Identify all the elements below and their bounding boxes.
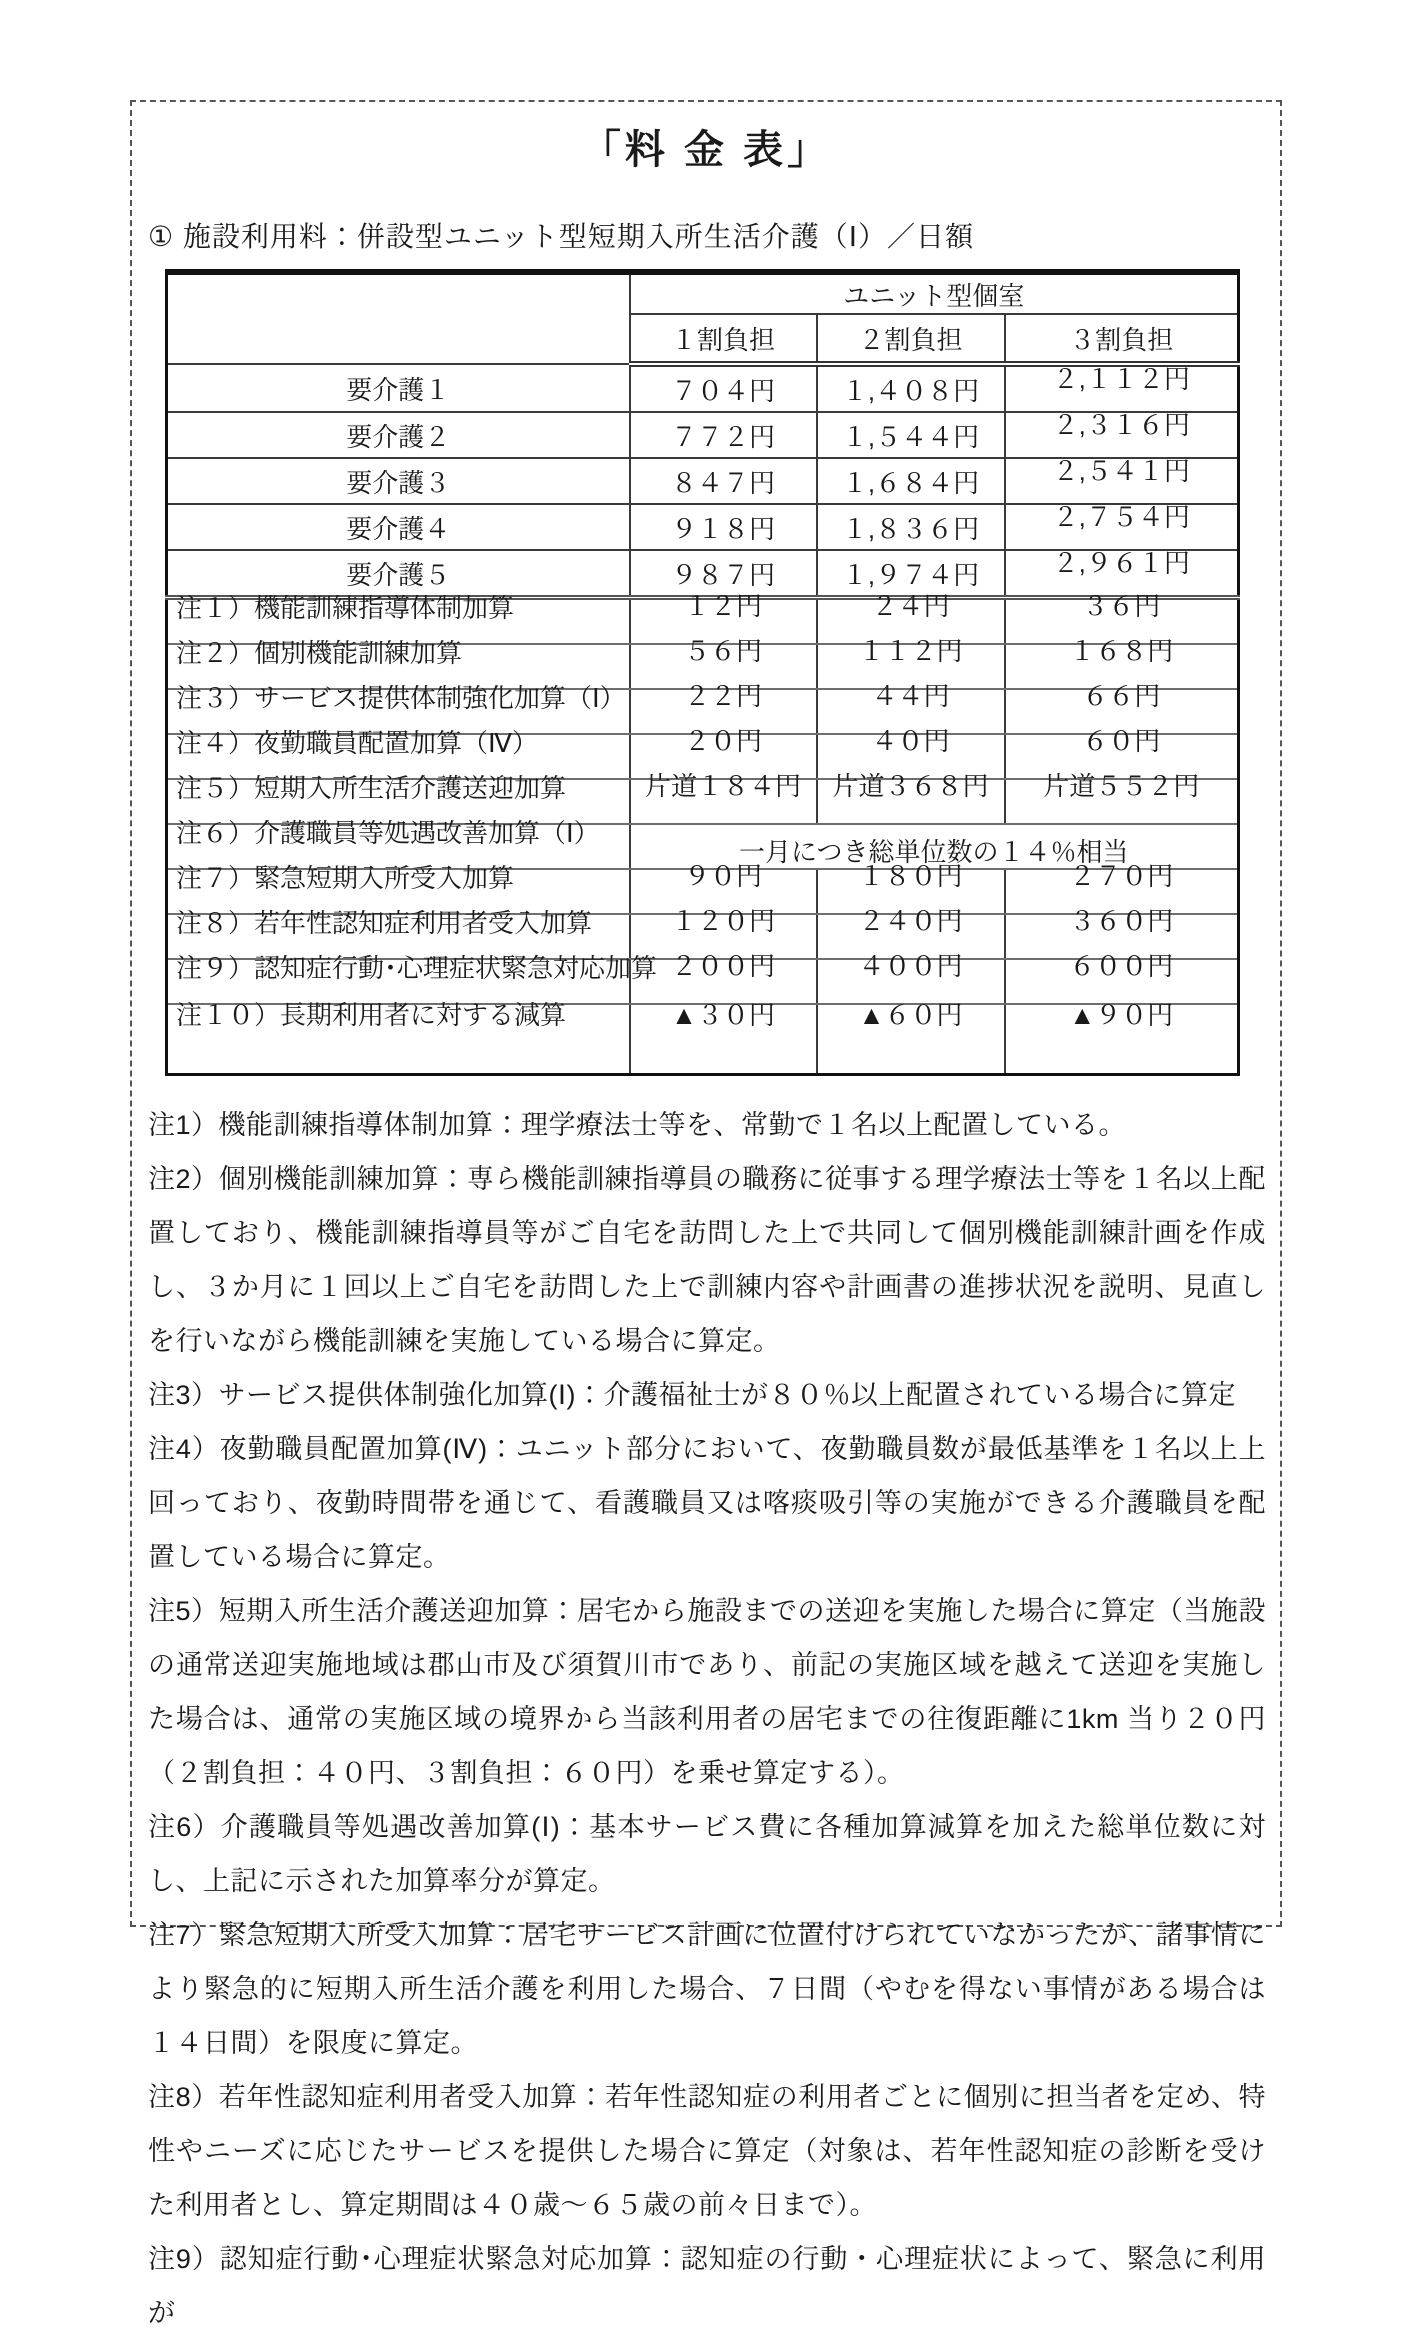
row-label: 注９）認知症行動･心理症状緊急対応加算	[176, 948, 657, 985]
col-header: ３割負担	[1005, 314, 1239, 364]
notes-paragraph: 注7）緊急短期入所受入加算：居宅サービス計画に位置付けられていなかったが、諸事情…	[148, 1908, 1266, 2070]
row-label: 要介護２	[167, 412, 630, 458]
row-label: 注７）緊急短期入所受入加算	[176, 858, 514, 895]
row-label: 注８）若年性認知症利用者受入加算	[176, 903, 592, 940]
row-label: 注２）個別機能訓練加算	[176, 633, 462, 670]
cell-value: ２,９６１円	[1053, 543, 1190, 580]
cell-value: ８４７円	[671, 463, 775, 500]
notes-paragraph: 注5）短期入所生活介護送迎加算：居宅から施設までの送迎を実施した場合に算定（当施…	[148, 1584, 1266, 1800]
notes-paragraph: 注3）サービス提供体制強化加算(Ⅰ)：介護福祉士が８０％以上配置されている場合に…	[148, 1368, 1266, 1422]
cell-value: １,８３６円	[842, 509, 979, 546]
row-label: 注５）短期入所生活介護送迎加算	[176, 768, 566, 805]
cell-value: ２００円	[671, 946, 775, 983]
notes-paragraph: 注8）若年性認知症利用者受入加算：若年性認知症の利用者ごとに個別に担当者を定め、…	[148, 2070, 1266, 2232]
footnotes-section: 注1）機能訓練指導体制加算：理学療法士等を、常勤で１名以上配置している。 注2）…	[148, 1098, 1266, 2340]
row-label: 要介護３	[167, 458, 630, 504]
cell-value: ７７２円	[671, 417, 775, 454]
cell-value: ４４円	[871, 676, 949, 713]
document-page: 「料 金 表」 ① 施設利用料：併設型ユニット型短期入所生活介護（Ⅰ）／日額 ユ…	[130, 100, 1282, 1927]
cell-value: ▲９０円	[1069, 995, 1173, 1032]
cell-value: ２７０円	[1069, 856, 1173, 893]
cell-value: ９１８円	[671, 509, 775, 546]
cell-value: １８０円	[858, 856, 962, 893]
notes-paragraph: 注6）介護職員等処遇改善加算(Ⅰ)：基本サービス費に各種加算減算を加えた総単位数…	[148, 1800, 1266, 1908]
cell-value: ▲３０円	[671, 995, 775, 1032]
cell-value: ２,５４１円	[1053, 451, 1190, 488]
cell-value: １２円	[684, 586, 762, 623]
row-label: 注４）夜勤職員配置加算（Ⅳ）	[176, 723, 538, 760]
cell-value: 片道１８４円	[645, 766, 801, 803]
fee-table: ユニット型個室 １割負担 ２割負担 ３割負担 要介護１ ７０４円 １,４０８円 …	[165, 269, 1240, 1076]
cell-value: ２,１１２円	[1053, 359, 1190, 396]
cell-value: １,６８４円	[842, 463, 979, 500]
cell-value: ９０円	[684, 856, 762, 893]
cell-value: １,４０８円	[842, 371, 979, 408]
row-label: 注３）サービス提供体制強化加算（Ⅰ）	[176, 678, 626, 715]
cell-value: ６０円	[1082, 721, 1160, 758]
cell-value: １１２円	[858, 631, 962, 668]
cell-value: ２０円	[684, 721, 762, 758]
cell-value: ２２円	[684, 676, 762, 713]
cell-value: ７０４円	[671, 371, 775, 408]
row-label: 注１）機能訓練指導体制加算	[176, 588, 514, 625]
cell-value: １,５４４円	[842, 417, 979, 454]
col-header: ２割負担	[817, 314, 1005, 364]
cell-value: １６８円	[1069, 631, 1173, 668]
cell-value: ２,７５４円	[1053, 497, 1190, 534]
row-label: 注１０）長期利用者に対する減算	[176, 995, 566, 1032]
cell-value: ３６円	[1082, 586, 1160, 623]
row-label: 注６）介護職員等処遇改善加算（Ⅰ）	[176, 813, 600, 850]
group-header: ユニット型個室	[630, 272, 1239, 314]
cell-value: 片道３６８円	[832, 766, 988, 803]
cell-value: ２４０円	[858, 901, 962, 938]
cell-value: ４００円	[858, 946, 962, 983]
cell-value: ２,３１６円	[1053, 405, 1190, 442]
diagonal-header-cell	[167, 272, 630, 364]
row-label: 要介護４	[167, 504, 630, 550]
notes-paragraph: 注2）個別機能訓練加算：専ら機能訓練指導員の職務に従事する理学療法士等を１名以上…	[148, 1152, 1266, 1368]
table-row: 注１０）長期利用者に対する減算 ▲３０円 ▲６０円 ▲９０円	[167, 1004, 1239, 1075]
cell-value: ３６０円	[1069, 901, 1173, 938]
cell-value: ６６円	[1082, 676, 1160, 713]
cell-value: 片道５５２円	[1043, 766, 1199, 803]
section-heading: ① 施設利用料：併設型ユニット型短期入所生活介護（Ⅰ）／日額	[148, 215, 1280, 255]
notes-paragraph: 注4）夜勤職員配置加算(Ⅳ)：ユニット部分において、夜勤職員数が最低基準を１名以…	[148, 1422, 1266, 1584]
cell-value: ２４円	[871, 586, 949, 623]
doc-title: 「料 金 表」	[132, 118, 1280, 175]
cell-value: ▲６０円	[859, 995, 963, 1032]
notes-paragraph: 注1）機能訓練指導体制加算：理学療法士等を、常勤で１名以上配置している。	[148, 1098, 1266, 1152]
cell-value: ５６円	[684, 631, 762, 668]
notes-paragraph: 注9）認知症行動･心理症状緊急対応加算：認知症の行動・心理症状によって、緊急に利…	[148, 2232, 1266, 2340]
cell-value: ４０円	[871, 721, 949, 758]
cell-value: １２０円	[671, 901, 775, 938]
table-header-row-group: ユニット型個室	[167, 272, 1239, 314]
col-header: １割負担	[630, 314, 817, 364]
cell-value: ６００円	[1069, 946, 1173, 983]
row-label: 要介護１	[167, 364, 630, 412]
